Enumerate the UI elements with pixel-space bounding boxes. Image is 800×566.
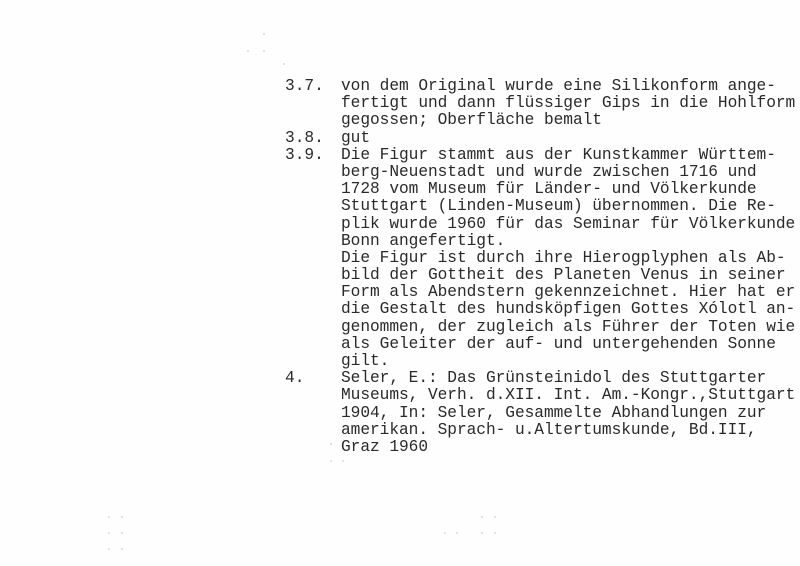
- entry-text: Seler, E.: Das Grünsteinidol des Stuttga…: [341, 370, 800, 456]
- text-line: amerikan. Sprach- u.Altertumskunde, Bd.I…: [341, 422, 800, 439]
- text-line: Die Figur stammt aus der Kunstkammer Wür…: [341, 147, 800, 164]
- text-line: gilt.: [341, 353, 800, 370]
- scan-speck: [481, 516, 483, 518]
- text-line: Die Figur ist durch ihre Hierogplyphen a…: [341, 250, 800, 267]
- scan-speck: [121, 548, 123, 550]
- entry-3-7: 3.7. von dem Original wurde eine Silikon…: [285, 78, 800, 130]
- scan-speck: [444, 532, 446, 534]
- scan-speck: [247, 50, 249, 52]
- entry-text: Die Figur stammt aus der Kunstkammer Wür…: [341, 147, 800, 370]
- scan-speck: [263, 33, 265, 35]
- scan-speck: [330, 460, 332, 462]
- entry-number: 3.9.: [285, 147, 341, 164]
- entry-number: 3.8.: [285, 130, 341, 147]
- text-line: 1728 vom Museum für Länder- und Völkerku…: [341, 181, 800, 198]
- scan-speck: [108, 516, 110, 518]
- scan-speck: [481, 532, 483, 534]
- scan-speck: [108, 532, 110, 534]
- text-line: als Geleiter der auf- und untergehenden …: [341, 336, 800, 353]
- entry-number: 3.7.: [285, 78, 341, 95]
- entry-text: von dem Original wurde eine Silikonform …: [341, 78, 800, 130]
- scan-speck: [494, 516, 496, 518]
- entry-4: 4. Seler, E.: Das Grünsteinidol des Stut…: [285, 370, 800, 456]
- entry-number: 4.: [285, 370, 341, 387]
- entry-list: 3.7. von dem Original wurde eine Silikon…: [285, 78, 800, 456]
- scan-speck: [494, 532, 496, 534]
- scan-speck: [108, 548, 110, 550]
- text-line: fertigt und dann flüssiger Gips in die H…: [341, 95, 800, 112]
- text-line: Stuttgart (Linden-Museum) übernommen. Di…: [341, 198, 800, 215]
- entry-text: gut: [341, 130, 800, 147]
- text-line: bild der Gottheit des Planeten Venus in …: [341, 267, 800, 284]
- scan-speck: [263, 50, 265, 52]
- text-line: gegossen; Oberfläche bemalt: [341, 112, 800, 129]
- typewritten-page: 3.7. von dem Original wurde eine Silikon…: [0, 0, 800, 566]
- text-line: Graz 1960: [341, 439, 800, 456]
- text-line: genommen, der zugleich als Führer der To…: [341, 319, 800, 336]
- scan-speck: [330, 443, 332, 445]
- text-line: Museums, Verh. d.XII. Int. Am.-Kongr.,St…: [341, 387, 800, 404]
- scan-speck: [342, 460, 344, 462]
- text-line: von dem Original wurde eine Silikonform …: [341, 78, 800, 95]
- text-line: berg-Neuenstadt und wurde zwischen 1716 …: [341, 164, 800, 181]
- text-line: die Gestalt des hundsköpfigen Gottes Xól…: [341, 301, 800, 318]
- text-line: Form als Abendstern gekennzeichnet. Hier…: [341, 284, 800, 301]
- text-line: Seler, E.: Das Grünsteinidol des Stuttga…: [341, 370, 800, 387]
- entry-3-8: 3.8. gut: [285, 130, 800, 147]
- scan-speck: [283, 63, 285, 65]
- scan-speck: [121, 532, 123, 534]
- scan-speck: [121, 516, 123, 518]
- text-line: plik wurde 1960 für das Seminar für Völk…: [341, 216, 800, 233]
- text-line: gut: [341, 130, 800, 147]
- scan-speck: [456, 532, 458, 534]
- text-line: 1904, In: Seler, Gesammelte Abhandlungen…: [341, 405, 800, 422]
- entry-3-9: 3.9. Die Figur stammt aus der Kunstkamme…: [285, 147, 800, 370]
- text-line: Bonn angefertigt.: [341, 233, 800, 250]
